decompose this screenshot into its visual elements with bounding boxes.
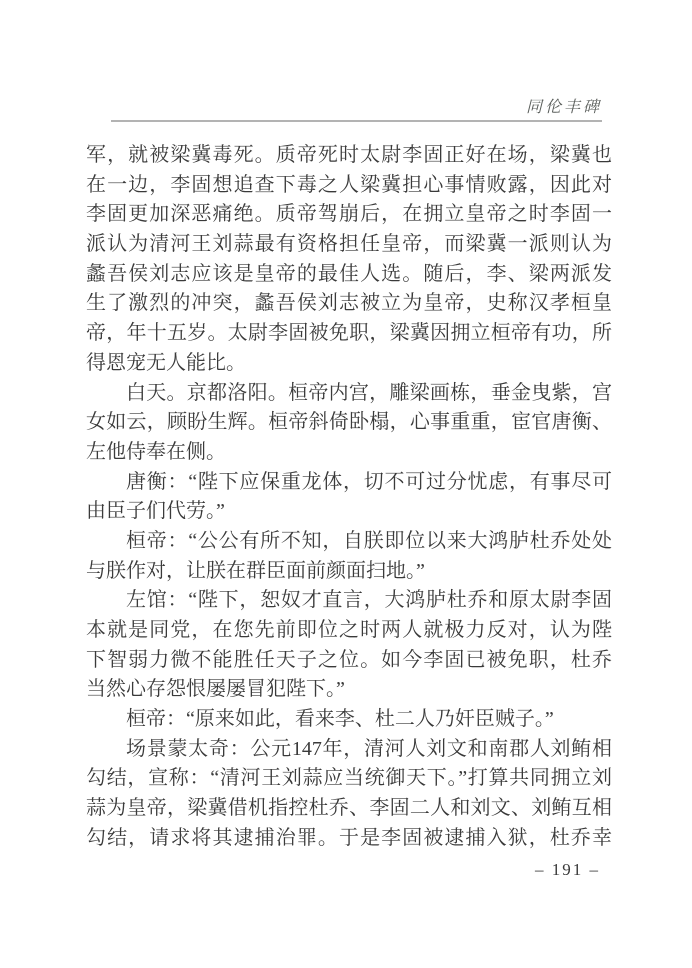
text-line: 勾结，宣称：“清河王刘蒜应当统御天下。”打算共同拥立刘 — [86, 764, 612, 794]
text-line: 李固更加深恶痛绝。质帝驾崩后，在拥立皇帝之时李固一 — [86, 200, 612, 230]
text-line: 场景蒙太奇：公元147年，清河人刘文和南郡人刘鲔相 — [86, 735, 612, 765]
text-line: 下智弱力微不能胜任天子之位。如今李固已被免职，杜乔 — [86, 646, 612, 676]
text-line: 在一边，李固想追查下毒之人梁冀担心事情败露，因此对 — [86, 171, 612, 201]
running-header: 同伦丰碑 — [111, 98, 602, 118]
text-line: 生了激烈的冲突，蠡吾侯刘志被立为皇帝，史称汉孝桓皇 — [86, 289, 612, 319]
header-rule-divider — [111, 120, 602, 122]
book-page: 同伦丰碑 军，就被梁冀毒死。质帝死时太尉李固正好在场，梁冀也在一边，李固想追查下… — [0, 0, 692, 968]
text-line: 女如云，顾盼生辉。桓帝斜倚卧榻，心事重重，宦官唐衡、 — [86, 408, 612, 438]
text-line: 蠡吾侯刘志应该是皇帝的最佳人选。随后，李、梁两派发 — [86, 260, 612, 290]
text-line: 本就是同党，在您先前即位之时两人就极力反对，认为陛 — [86, 616, 612, 646]
page-number: – 191 – — [86, 860, 600, 880]
text-line: 得恩宠无人能比。 — [86, 349, 612, 379]
text-line: 由臣子们代劳。” — [86, 497, 612, 527]
text-line: 派认为清河王刘蒜最有资格担任皇帝，而梁冀一派则认为 — [86, 230, 612, 260]
text-line: 帝，年十五岁。太尉李固被免职，梁冀因拥立桓帝有功，所 — [86, 319, 612, 349]
body-text: 军，就被梁冀毒死。质帝死时太尉李固正好在场，梁冀也在一边，李固想追查下毒之人梁冀… — [86, 141, 612, 854]
text-line: 唐衡：“陛下应保重龙体，切不可过分忧虑，有事尽可 — [86, 468, 612, 498]
text-line: 桓帝：“公公有所不知，自朕即位以来大鸿胪杜乔处处 — [86, 527, 612, 557]
text-line: 桓帝：“原来如此，看来李、杜二人乃奸臣贼子。” — [86, 705, 612, 735]
text-line: 左馆：“陛下，恕奴才直言，大鸿胪杜乔和原太尉李固 — [86, 586, 612, 616]
text-line: 勾结，请求将其逮捕治罪。于是李固被逮捕入狱，杜乔幸 — [86, 824, 612, 854]
text-line: 左他侍奉在侧。 — [86, 438, 612, 468]
text-line: 白天。京都洛阳。桓帝内宫，雕梁画栋，垂金曳紫，宫 — [86, 379, 612, 409]
text-line: 蒜为皇帝，梁冀借机指控杜乔、李固二人和刘文、刘鲔互相 — [86, 794, 612, 824]
text-line: 当然心存怨恨屡屡冒犯陛下。” — [86, 675, 612, 705]
text-line: 与朕作对，让朕在群臣面前颜面扫地。” — [86, 557, 612, 587]
text-line: 军，就被梁冀毒死。质帝死时太尉李固正好在场，梁冀也 — [86, 141, 612, 171]
